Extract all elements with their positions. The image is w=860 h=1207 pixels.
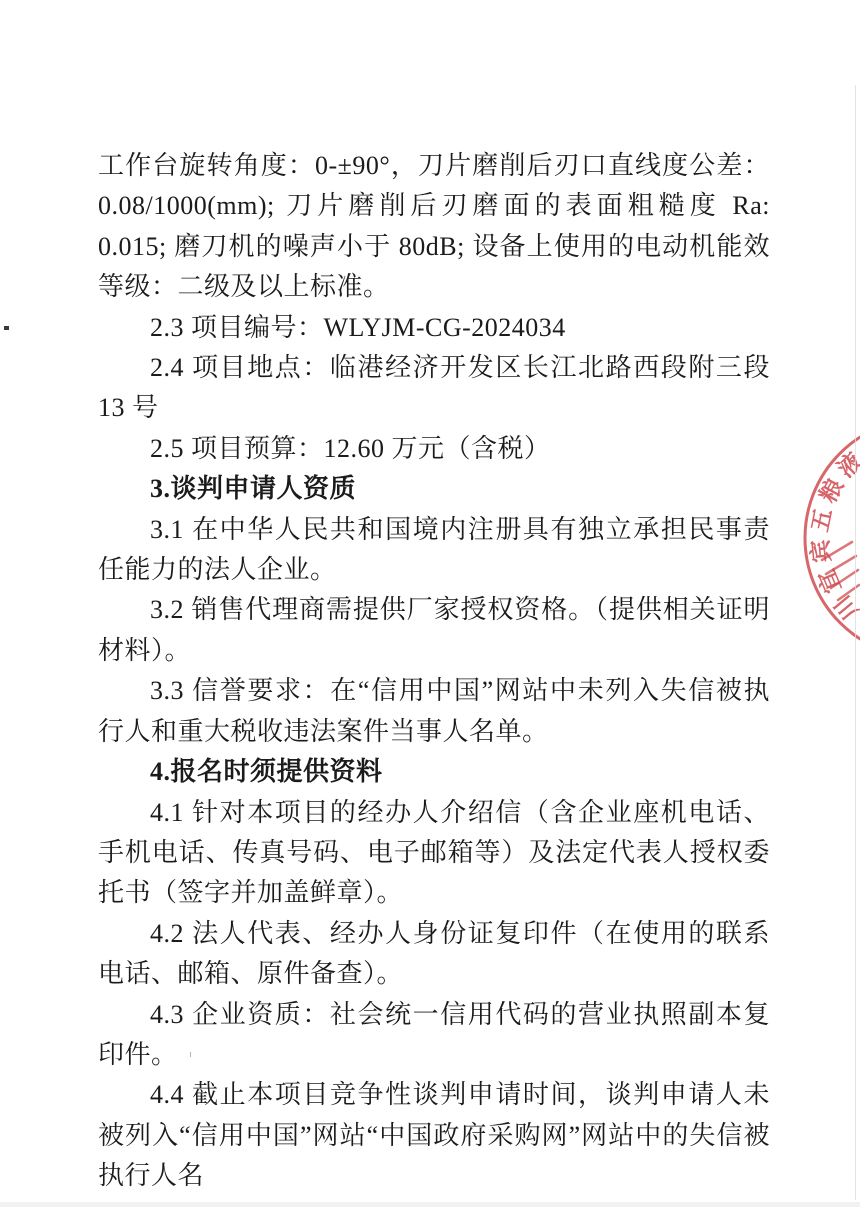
paragraph-4-2: 4.2 法人代表、经办人身份证复印件（在使用的联系电话、邮箱、原件备查）。 [98,914,770,995]
paragraph-project-location: 2.4 项目地点：临港经济开发区长江北路西段附三段 13 号 [98,348,770,429]
paragraph-3-3: 3.3 信誉要求：在“信用中国”网站中未列入失信被执行人和重大税收违法案件当事人… [98,671,770,752]
document-page: 工作台旋转角度：0-±90°，刀片磨削后刃口直线度公差：0.08/1000(mm… [0,0,860,1207]
paragraph-project-number: 2.3 项目编号：WLYJM-CG-2024034 [98,308,770,348]
section-heading-3-applicant-qualifications: 3.谈判申请人资质 [98,469,770,509]
section-heading-4-registration-materials: 4.报名时须提供资料 [98,752,770,792]
official-seal-icon: 川宜宾五粮液 [795,420,860,650]
paragraph-project-budget: 2.5 项目预算：12.60 万元（含税） [98,429,770,469]
paragraph-continuation-specs: 工作台旋转角度：0-±90°，刀片磨削后刃口直线度公差：0.08/1000(mm… [98,146,770,308]
scan-speck [190,1052,191,1057]
document-body: 工作台旋转角度：0-±90°，刀片磨削后刃口直线度公差：0.08/1000(mm… [98,146,770,1197]
paragraph-4-1: 4.1 针对本项目的经办人介绍信（含企业座机电话、手机电话、传真号码、电子邮箱等… [98,793,770,914]
scan-edge-line [855,85,856,1200]
paragraph-4-3: 4.3 企业资质：社会统一信用代码的营业执照副本复印件。 [98,995,770,1076]
seal-arc-text: 川宜宾五粮液 [806,443,860,624]
paragraph-4-4: 4.4 截止本项目竞争性谈判申请时间，谈判申请人未被列入“信用中国”网站“中国政… [98,1075,770,1196]
scan-speck [4,326,9,330]
paragraph-3-2: 3.2 销售代理商需提供厂家授权资格。（提供相关证明材料）。 [98,590,770,671]
paragraph-3-1: 3.1 在中华人民共和国境内注册具有独立承担民事责任能力的法人企业。 [98,510,770,591]
scan-bottom-band [0,1202,860,1207]
